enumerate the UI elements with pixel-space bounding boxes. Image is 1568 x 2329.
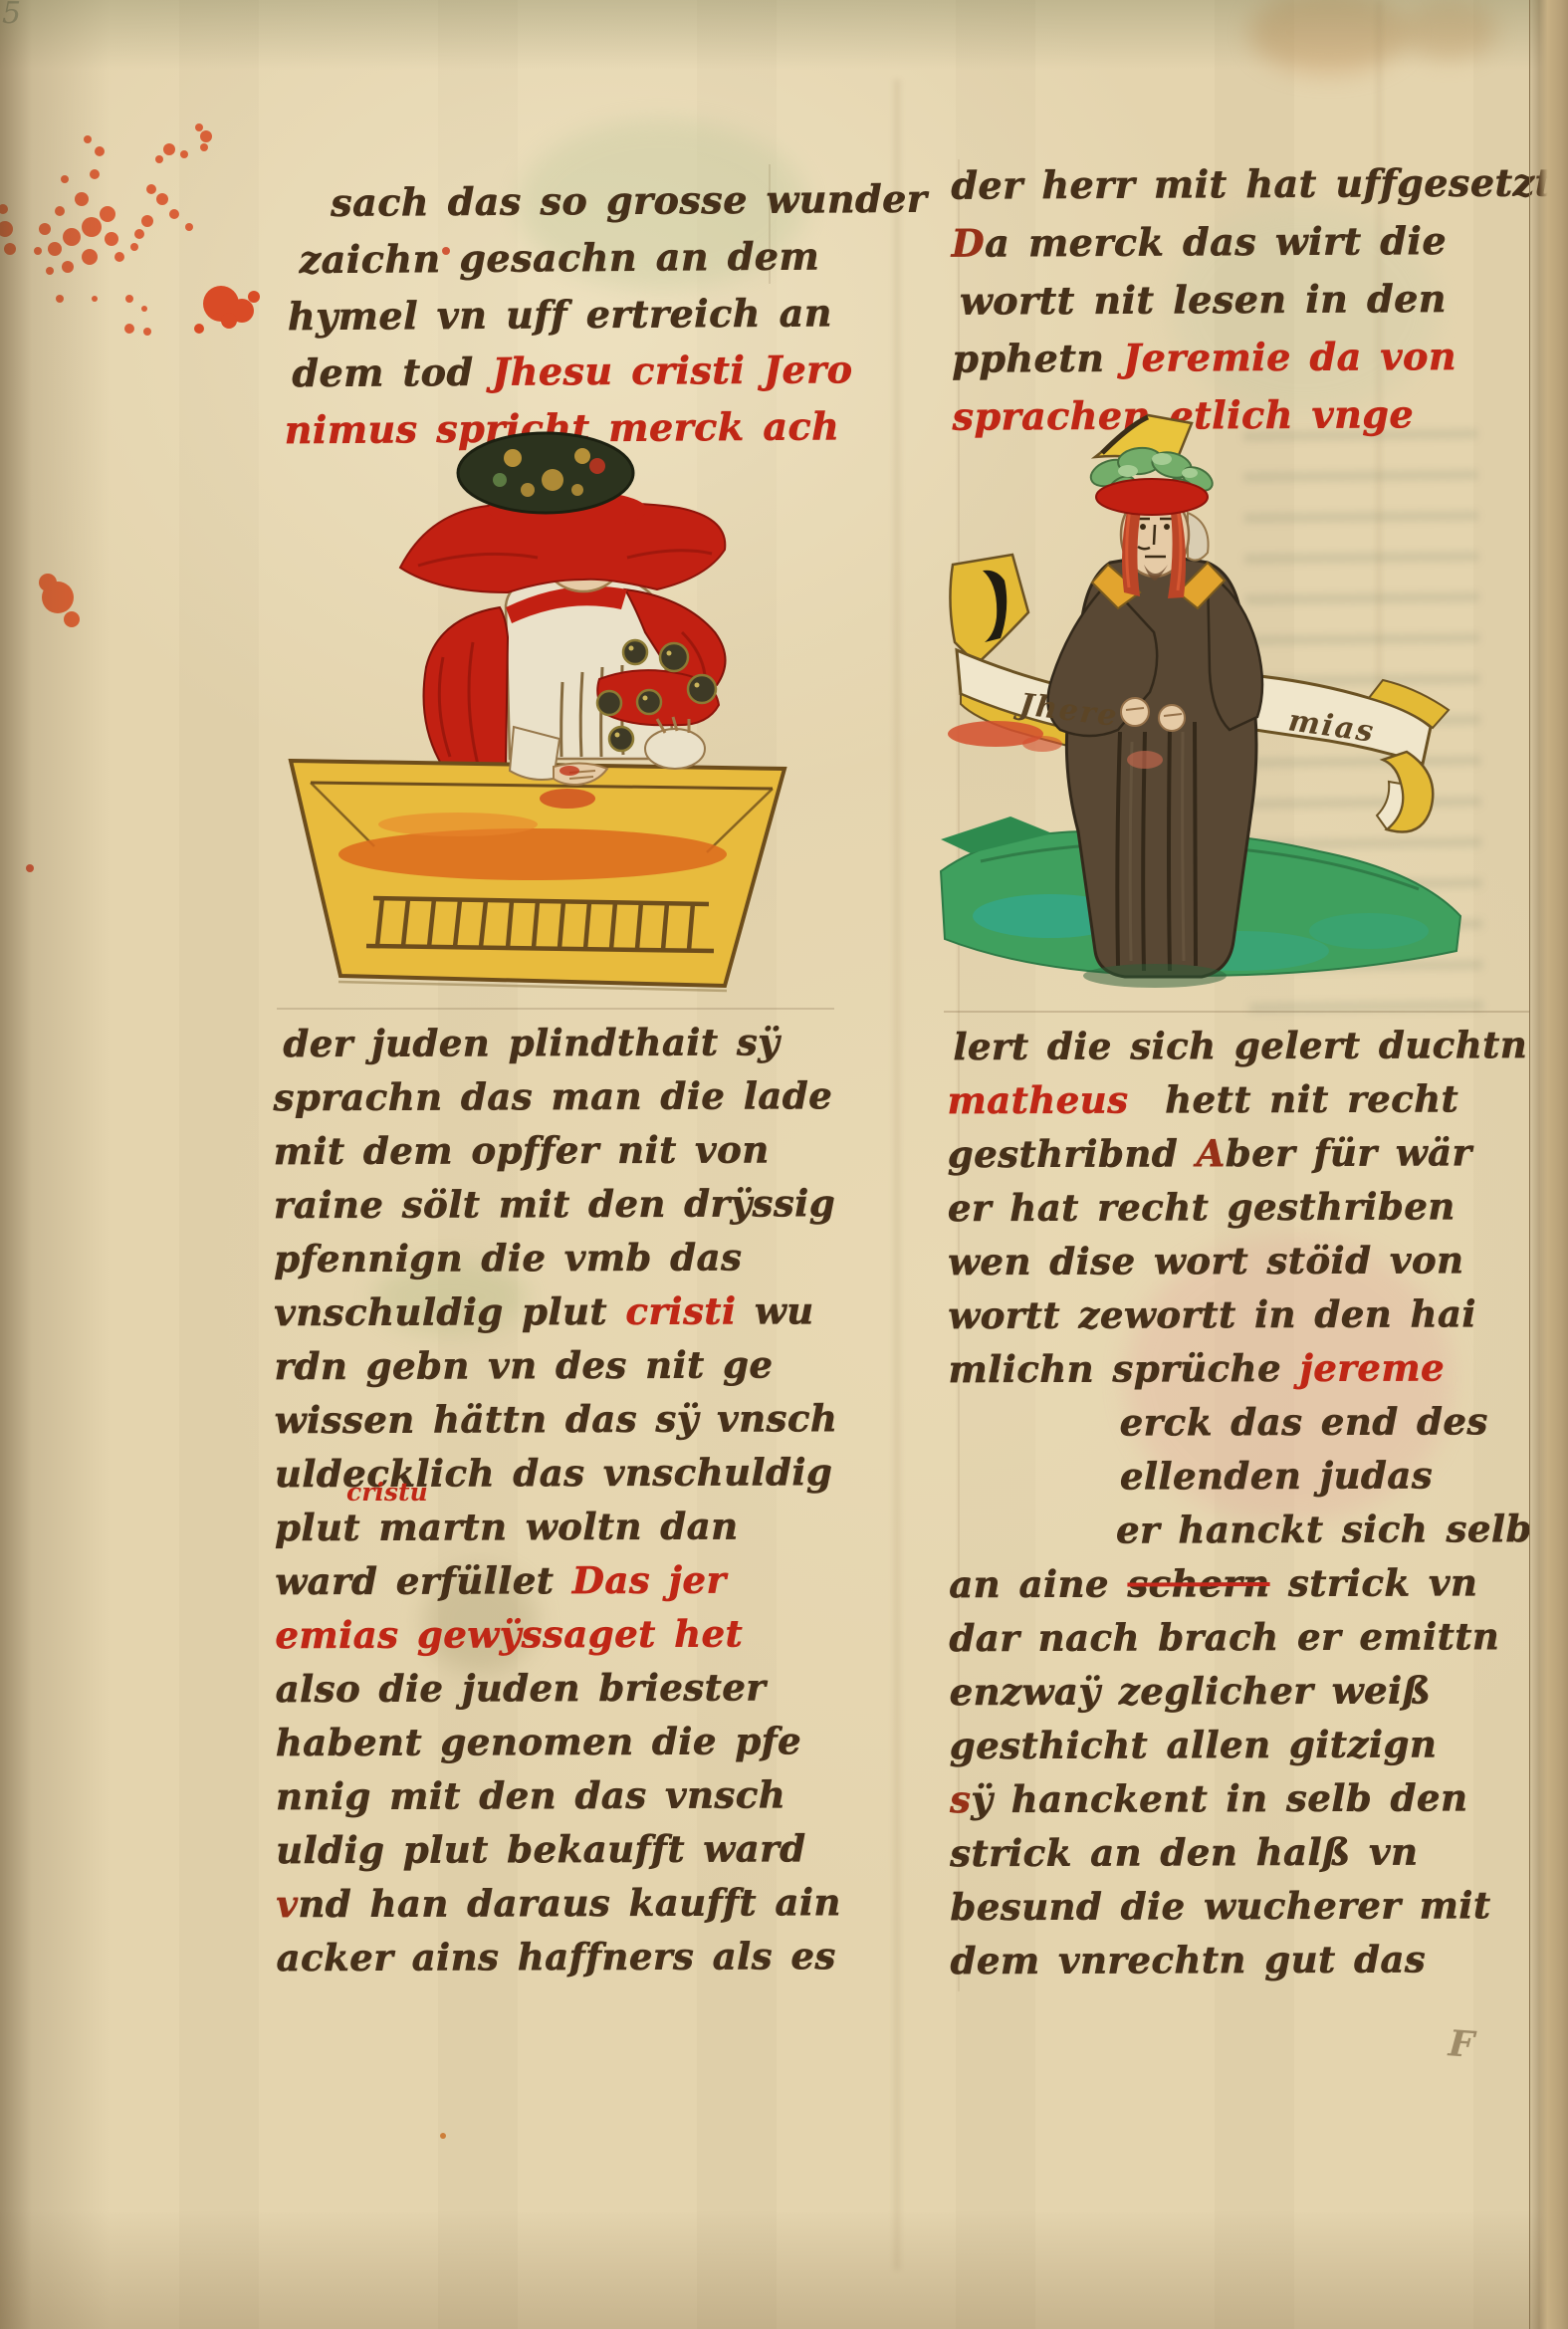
text-line: besund die wucherer mit: [950, 1878, 1568, 1934]
text-line: raine sölt mit den drÿssig: [274, 1176, 911, 1232]
text-segment: ÿ hanckent in selb den: [971, 1775, 1467, 1821]
text-segment: mlichn sprüche: [948, 1346, 1299, 1391]
text-segment: strick an den halß vn: [950, 1829, 1418, 1875]
text-segment: besund die wucherer mit: [950, 1883, 1490, 1929]
text-segment: Jhesu cristi Jero: [492, 347, 853, 394]
text-line: vnschuldig plut cristi wu: [274, 1283, 911, 1339]
text-segment: gesthicht allen gitzign: [950, 1722, 1438, 1767]
text-segment: der juden plindthait sÿ: [283, 1020, 780, 1065]
text-line: wortt nit lesen in den: [960, 269, 1568, 330]
text-segment: nnig mit den das vnsch: [276, 1772, 785, 1818]
top-edge-shade: [0, 0, 1568, 70]
text-line: strick an den halß vn: [950, 1824, 1568, 1880]
bottom-edge-shade: [0, 2210, 1568, 2329]
text-line: wen dise wort stöid von: [948, 1233, 1568, 1288]
text-segment: nd han daraus kaufft ain: [298, 1880, 841, 1926]
text-segment: pphetn: [952, 336, 1123, 381]
leaf-edge: [1529, 0, 1568, 2329]
text-segment: wissen hättn das sÿ vnsch: [275, 1396, 838, 1442]
text-segment: hett nit recht: [1128, 1076, 1458, 1121]
text-line: dar nach brach er emittn: [949, 1609, 1568, 1665]
text-line: er hat recht gesthriben: [948, 1179, 1568, 1235]
miniature-moneychanger: [279, 428, 806, 1016]
text-line: sÿ hanckent in selb den: [950, 1770, 1568, 1826]
text-line: sprachn das man die lade: [273, 1068, 910, 1124]
text-segment: vnschuldig plut: [274, 1289, 625, 1334]
text-segment: er hat recht gesthriben: [948, 1184, 1456, 1230]
text-segment: wen dise wort stöid von: [948, 1238, 1463, 1283]
text-segment: dar nach brach er emittn: [949, 1614, 1499, 1660]
text-line: gesthribnd Aber für wär: [948, 1125, 1568, 1181]
text-line: nnig mit den das vnsch: [276, 1767, 913, 1823]
manuscript-page: sach das so grosse wunderzaichn gesachn …: [0, 0, 1568, 2329]
text-line: mlichn sprüche jereme: [948, 1340, 1568, 1396]
text-line: ward erfüllet Das jer: [275, 1552, 912, 1608]
text-line: enzwaÿ zeglicher weiß: [950, 1663, 1568, 1719]
text-line: Da merck das wirt die: [952, 211, 1568, 272]
text-segment: dem vnrechtn gut das: [951, 1937, 1427, 1982]
initial-m: [942, 1400, 1151, 1584]
text-line: pfennign die vmb das: [274, 1230, 911, 1285]
text-segment: sach das so grosse wunder: [331, 176, 927, 225]
text-line: erck das end des: [1120, 1394, 1568, 1450]
text-line: pphetn Jeremie da von: [952, 327, 1568, 387]
text-segment: strick vn: [1270, 1560, 1478, 1605]
text-segment: mit dem opffer nit von: [274, 1127, 770, 1173]
text-line: dem tod Jhesu cristi Jero: [292, 341, 901, 401]
text-segment: er hanckt sich selb: [1116, 1507, 1532, 1551]
text-line: der juden plindthait sÿ: [283, 1015, 910, 1070]
text-segment: v: [276, 1882, 298, 1926]
text-segment: also die juden briester: [276, 1665, 767, 1711]
red-cape: [424, 607, 509, 775]
text-line: habent genomen die pfe: [276, 1714, 913, 1769]
text-segment: sprachn das man die lade: [274, 1073, 833, 1119]
text-segment: matheus: [948, 1077, 1129, 1122]
text-line: mit dem opffer nit von: [274, 1122, 911, 1178]
text-segment: hymel vn uff ertreich an: [288, 290, 832, 339]
hand: [1121, 698, 1149, 726]
interlinear-gloss: cristu: [346, 1478, 428, 1507]
text-segment: lert die sich gelert duchtn: [953, 1023, 1527, 1068]
text-segment: ward erfüllet: [275, 1558, 572, 1603]
text-segment: pfennign die vmb das: [274, 1235, 742, 1281]
text-segment: a merck das wirt die: [985, 218, 1447, 265]
text-line: acker ains haffners als es: [277, 1929, 914, 1984]
text-segment: enzwaÿ zeglicher weiß: [950, 1668, 1432, 1714]
text-line: plut martn woltn dan: [275, 1499, 912, 1554]
hand: [1159, 705, 1185, 731]
text-segment: habent genomen die pfe: [276, 1719, 801, 1764]
text-segment: zaichn gesachn an dem: [299, 233, 819, 282]
text-segment: cristi: [625, 1288, 736, 1332]
text-column-right-top: der herr mit hat uffgesetztDa merck das …: [951, 153, 1568, 445]
text-line: also die juden briester: [276, 1660, 913, 1716]
text-line: emias gewÿssaget het: [275, 1606, 912, 1662]
text-segment: ber für wär: [1226, 1130, 1472, 1175]
miniature-prophet-jeremiah: Jhere mias: [941, 413, 1508, 1026]
text-line: wortt zewortt in den hai: [948, 1286, 1568, 1342]
text-segment: ellenden judas: [1120, 1453, 1433, 1498]
text-line: rdn gebn vn des nit ge: [274, 1337, 911, 1393]
text-segment: der herr mit hat uffgesetzt: [951, 159, 1553, 207]
text-line: gesthicht allen gitzign: [950, 1717, 1568, 1772]
text-segment: gesthribnd: [948, 1131, 1197, 1176]
text-line: sach das so grosse wunder: [331, 170, 900, 231]
text-line: zaichn gesachn an dem: [299, 227, 900, 288]
text-line: matheus hett nit recht: [947, 1071, 1568, 1127]
text-segment: dem tod: [292, 349, 492, 395]
folio-mark: F: [1448, 2022, 1475, 2066]
text-segment: rdn gebn vn des nit ge: [274, 1342, 773, 1388]
text-segment: jereme: [1299, 1345, 1445, 1390]
text-segment: plut martn woltn dan: [275, 1504, 739, 1549]
text-line: dem vnrechtn gut das: [951, 1932, 1568, 1987]
text-segment: wu: [736, 1288, 813, 1332]
text-segment: wortt nit lesen in den: [960, 276, 1447, 324]
text-line: ellenden judas: [1120, 1448, 1568, 1504]
text-segment: D: [952, 220, 986, 265]
text-segment: raine sölt mit den drÿssig: [274, 1181, 835, 1227]
chest-orange-smear: [338, 828, 727, 880]
text-segment: Das jer: [572, 1558, 727, 1603]
text-line: uldig plut bekaufft ward: [276, 1821, 913, 1877]
white-cuff: [645, 729, 705, 769]
text-line: wissen hättn das sÿ vnsch: [275, 1391, 912, 1447]
text-segment: wortt zewortt in den hai: [948, 1291, 1476, 1337]
red-hat-roll: [1096, 479, 1208, 515]
gutter-shadow: [0, 0, 110, 2329]
text-segment: emias gewÿssaget het: [275, 1611, 743, 1657]
text-segment: s: [950, 1777, 971, 1821]
hood-curl: [1188, 513, 1209, 561]
text-segment: acker ains haffners als es: [277, 1934, 836, 1980]
text-line: vnd han daraus kaufft ain: [276, 1875, 913, 1931]
text-column-left-top: sach das so grosse wunderzaichn gesachn …: [283, 170, 902, 458]
text-segment: uldig plut bekaufft ward: [276, 1826, 806, 1872]
text-segment: Jeremie da von: [1123, 334, 1456, 380]
text-line: lert die sich gelert duchtn: [953, 1018, 1568, 1073]
text-segment: erck das end des: [1120, 1399, 1488, 1444]
text-segment: A: [1197, 1131, 1226, 1175]
text-line: der herr mit hat uffgesetzt: [951, 153, 1568, 214]
text-line: hymel vn uff ertreich an: [288, 284, 901, 345]
text-line: er hanckt sich selb: [1116, 1502, 1568, 1557]
